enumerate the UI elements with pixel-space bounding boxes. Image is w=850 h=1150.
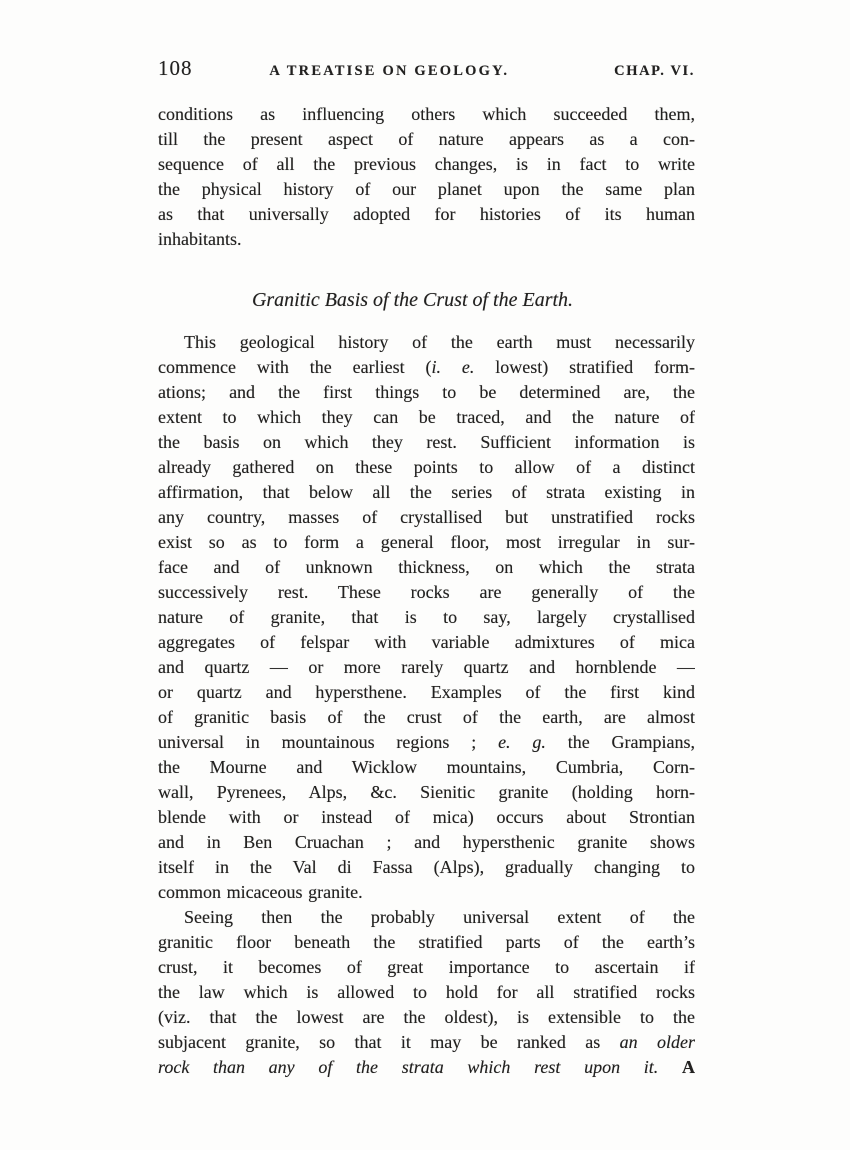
text-line: commence with the earliest (i. e. lowest…: [158, 355, 695, 380]
chapter-label: CHAP. VI.: [614, 63, 695, 80]
text-line: sequence of all the previous changes, is…: [158, 152, 695, 177]
text-segment: blende with or instead of mica) occurs a…: [158, 807, 695, 827]
text-segment: affirmation, that below all the series o…: [158, 482, 695, 502]
text-line: the physical history of our planet upon …: [158, 177, 695, 202]
text-line: universal in mountainous regions ; e. g.…: [158, 730, 695, 755]
text-segment: aggregates of felspar with variable admi…: [158, 632, 695, 652]
text-line: of granitic basis of the crust of the ea…: [158, 705, 695, 730]
text-segment: the physical history of our planet upon …: [158, 179, 695, 199]
text-segment: granitic floor beneath the stratified pa…: [158, 932, 695, 952]
text-line: successively rest. These rocks are gener…: [158, 580, 695, 605]
italic-text: e. g.: [498, 732, 546, 752]
text-segment: wall, Pyrenees, Alps, &c. Sienitic grani…: [158, 782, 695, 802]
text-line: extent to which they can be traced, and …: [158, 405, 695, 430]
text-segment: any country, masses of crystallised but …: [158, 507, 695, 527]
text-segment: exist so as to form a general floor, mos…: [158, 532, 695, 552]
signature-mark: A: [682, 1057, 695, 1077]
text-segment: (viz. that the lowest are the oldest), i…: [158, 1007, 695, 1027]
text-line: affirmation, that below all the series o…: [158, 480, 695, 505]
page-body: conditions as influencing others which s…: [158, 102, 695, 1080]
text-line: ations; and the first things to be deter…: [158, 380, 695, 405]
text-segment: or quartz and hypersthene. Examples of t…: [158, 682, 695, 702]
text-segment: of granitic basis of the crust of the ea…: [158, 707, 695, 727]
text-segment: subjacent granite, so that it may be ran…: [158, 1032, 620, 1052]
text-line: already gathered on these points to allo…: [158, 455, 695, 480]
text-segment: the basis on which they rest. Sufficient…: [158, 432, 695, 452]
text-line: common micaceous granite.: [158, 880, 695, 905]
text-segment: the Mourne and Wicklow mountains, Cumbri…: [158, 757, 695, 777]
text-line: or quartz and hypersthene. Examples of t…: [158, 680, 695, 705]
text-line: face and of unknown thickness, on which …: [158, 555, 695, 580]
text-line: wall, Pyrenees, Alps, &c. Sienitic grani…: [158, 780, 695, 805]
text-segment: Seeing then the probably universal exten…: [184, 907, 695, 927]
text-segment: universal in mountainous regions ;: [158, 732, 498, 752]
text-segment: nature of granite, that is to say, large…: [158, 607, 695, 627]
text-segment: and quartz — or more rarely quartz and h…: [158, 657, 695, 677]
text-line: rock than any of the strata which rest u…: [158, 1055, 695, 1080]
text-line: the basis on which they rest. Sufficient…: [158, 430, 695, 455]
text-column: 108 A TREATISE ON GEOLOGY. CHAP. VI. con…: [158, 56, 695, 1080]
text-line: granitic floor beneath the stratified pa…: [158, 930, 695, 955]
text-segment: sequence of all the previous changes, is…: [158, 154, 695, 174]
text-line: till the present aspect of nature appear…: [158, 127, 695, 152]
text-line: conditions as influencing others which s…: [158, 102, 695, 127]
text-segment: successively rest. These rocks are gener…: [158, 582, 695, 602]
text-line: itself in the Val di Fassa (Alps), gradu…: [158, 855, 695, 880]
text-segment: inhabitants.: [158, 229, 242, 249]
text-segment: ations; and the first things to be deter…: [158, 382, 695, 402]
text-line: and quartz — or more rarely quartz and h…: [158, 655, 695, 680]
text-segment: and in Ben Cruachan ; and hypersthenic g…: [158, 832, 695, 852]
text-line: inhabitants.: [158, 227, 695, 252]
text-segment: the law which is allowed to hold for all…: [158, 982, 695, 1002]
section-heading: Granitic Basis of the Crust of the Earth…: [144, 287, 681, 313]
text-segment: This geological history of the earth mus…: [184, 332, 695, 352]
text-line: the law which is allowed to hold for all…: [158, 980, 695, 1005]
text-line: nature of granite, that is to say, large…: [158, 605, 695, 630]
text-segment: commence with the earliest (: [158, 357, 431, 377]
running-title: A TREATISE ON GEOLOGY.: [179, 63, 601, 80]
text-line: and in Ben Cruachan ; and hypersthenic g…: [158, 830, 695, 855]
italic-text: an older: [620, 1032, 695, 1052]
text-line: This geological history of the earth mus…: [158, 330, 695, 355]
paragraph: conditions as influencing others which s…: [158, 102, 695, 252]
text-line: aggregates of felspar with variable admi…: [158, 630, 695, 655]
italic-text: i. e.: [431, 357, 474, 377]
text-line: (viz. that the lowest are the oldest), i…: [158, 1005, 695, 1030]
text-segment: crust, it becomes of great importance to…: [158, 957, 695, 977]
text-segment: common micaceous granite.: [158, 882, 363, 902]
text-line: any country, masses of crystallised but …: [158, 505, 695, 530]
text-segment: already gathered on these points to allo…: [158, 457, 695, 477]
text-line: the Mourne and Wicklow mountains, Cumbri…: [158, 755, 695, 780]
text-segment: itself in the Val di Fassa (Alps), gradu…: [158, 857, 695, 877]
text-segment: till the present aspect of nature appear…: [158, 129, 695, 149]
book-page: 108 A TREATISE ON GEOLOGY. CHAP. VI. con…: [0, 0, 850, 1150]
text-segment: face and of unknown thickness, on which …: [158, 557, 695, 577]
text-line: as that universally adopted for historie…: [158, 202, 695, 227]
text-line: subjacent granite, so that it may be ran…: [158, 1030, 695, 1055]
text-line: crust, it becomes of great importance to…: [158, 955, 695, 980]
text-line: exist so as to form a general floor, mos…: [158, 530, 695, 555]
text-segment: extent to which they can be traced, and …: [158, 407, 695, 427]
text-segment: lowest) stratified form-: [474, 357, 695, 377]
text-segment: as that universally adopted for historie…: [158, 204, 695, 224]
text-line: blende with or instead of mica) occurs a…: [158, 805, 695, 830]
text-segment: the Grampians,: [546, 732, 695, 752]
text-segment: conditions as influencing others which s…: [158, 104, 695, 124]
text-segment: [658, 1057, 682, 1077]
italic-text: rock than any of the strata which rest u…: [158, 1057, 658, 1077]
paragraph: This geological history of the earth mus…: [158, 330, 695, 905]
text-line: Seeing then the probably universal exten…: [158, 905, 695, 930]
running-head: 108 A TREATISE ON GEOLOGY. CHAP. VI.: [158, 56, 695, 80]
paragraph: Seeing then the probably universal exten…: [158, 905, 695, 1080]
